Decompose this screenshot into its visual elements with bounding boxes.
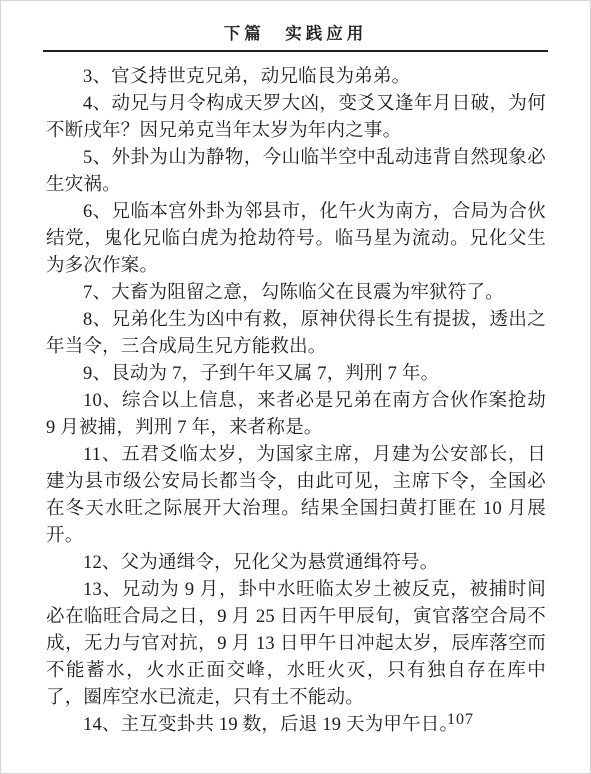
page-body: 3、官爻持世克兄弟，动兄临艮为弟弟。4、动兄与月令构成天罗大凶，变爻又逢年月日破… bbox=[46, 64, 546, 739]
paragraph: 8、兄弟化生为凶中有救，原神伏得长生有提拔，透出之年当令，三合成局生兄方能救出。 bbox=[46, 307, 546, 361]
book-page: 下篇 实践应用 3、官爻持世克兄弟，动兄临艮为弟弟。4、动兄与月令构成天罗大凶，… bbox=[0, 0, 591, 774]
paragraph: 13、兄动为 9 月，卦中水旺临太岁土被反克，被捕时间必在临旺合局之日，9 月 … bbox=[46, 577, 546, 712]
paragraph: 3、官爻持世克兄弟，动兄临艮为弟弟。 bbox=[46, 64, 546, 91]
paragraph: 9、艮动为 7，子到午年又属 7，判刑 7 年。 bbox=[46, 361, 546, 388]
paragraph: 7、大畜为阻留之意，勾陈临父在艮震为牢狱符了。 bbox=[46, 280, 546, 307]
paragraph: 12、父为通缉令，兄化父为悬赏通缉符号。 bbox=[46, 550, 546, 577]
paragraph: 5、外卦为山为静物，今山临半空中乱动违背自然现象必生灾祸。 bbox=[46, 145, 546, 199]
paragraph: 4、动兄与月令构成天罗大凶，变爻又逢年月日破，为何不断戌年？因兄弟克当年太岁为年… bbox=[46, 91, 546, 145]
header-rule bbox=[43, 50, 548, 52]
running-head: 下篇 实践应用 bbox=[1, 20, 590, 44]
paragraph: 11、五君爻临太岁，为国家主席，月建为公安部长，日建为县市级公安局长都当令，由此… bbox=[46, 442, 546, 550]
paragraph: 10、综合以上信息，来者必是兄弟在南方合伙作案抢劫 9 月被捕，判刑 7 年，来… bbox=[46, 388, 546, 442]
paragraph: 6、兄临本宫外卦为邻县市，化午火为南方，合局为合伙结党，鬼化兄临白虎为抢劫符号。… bbox=[46, 199, 546, 280]
page-number: 107 bbox=[447, 711, 474, 729]
